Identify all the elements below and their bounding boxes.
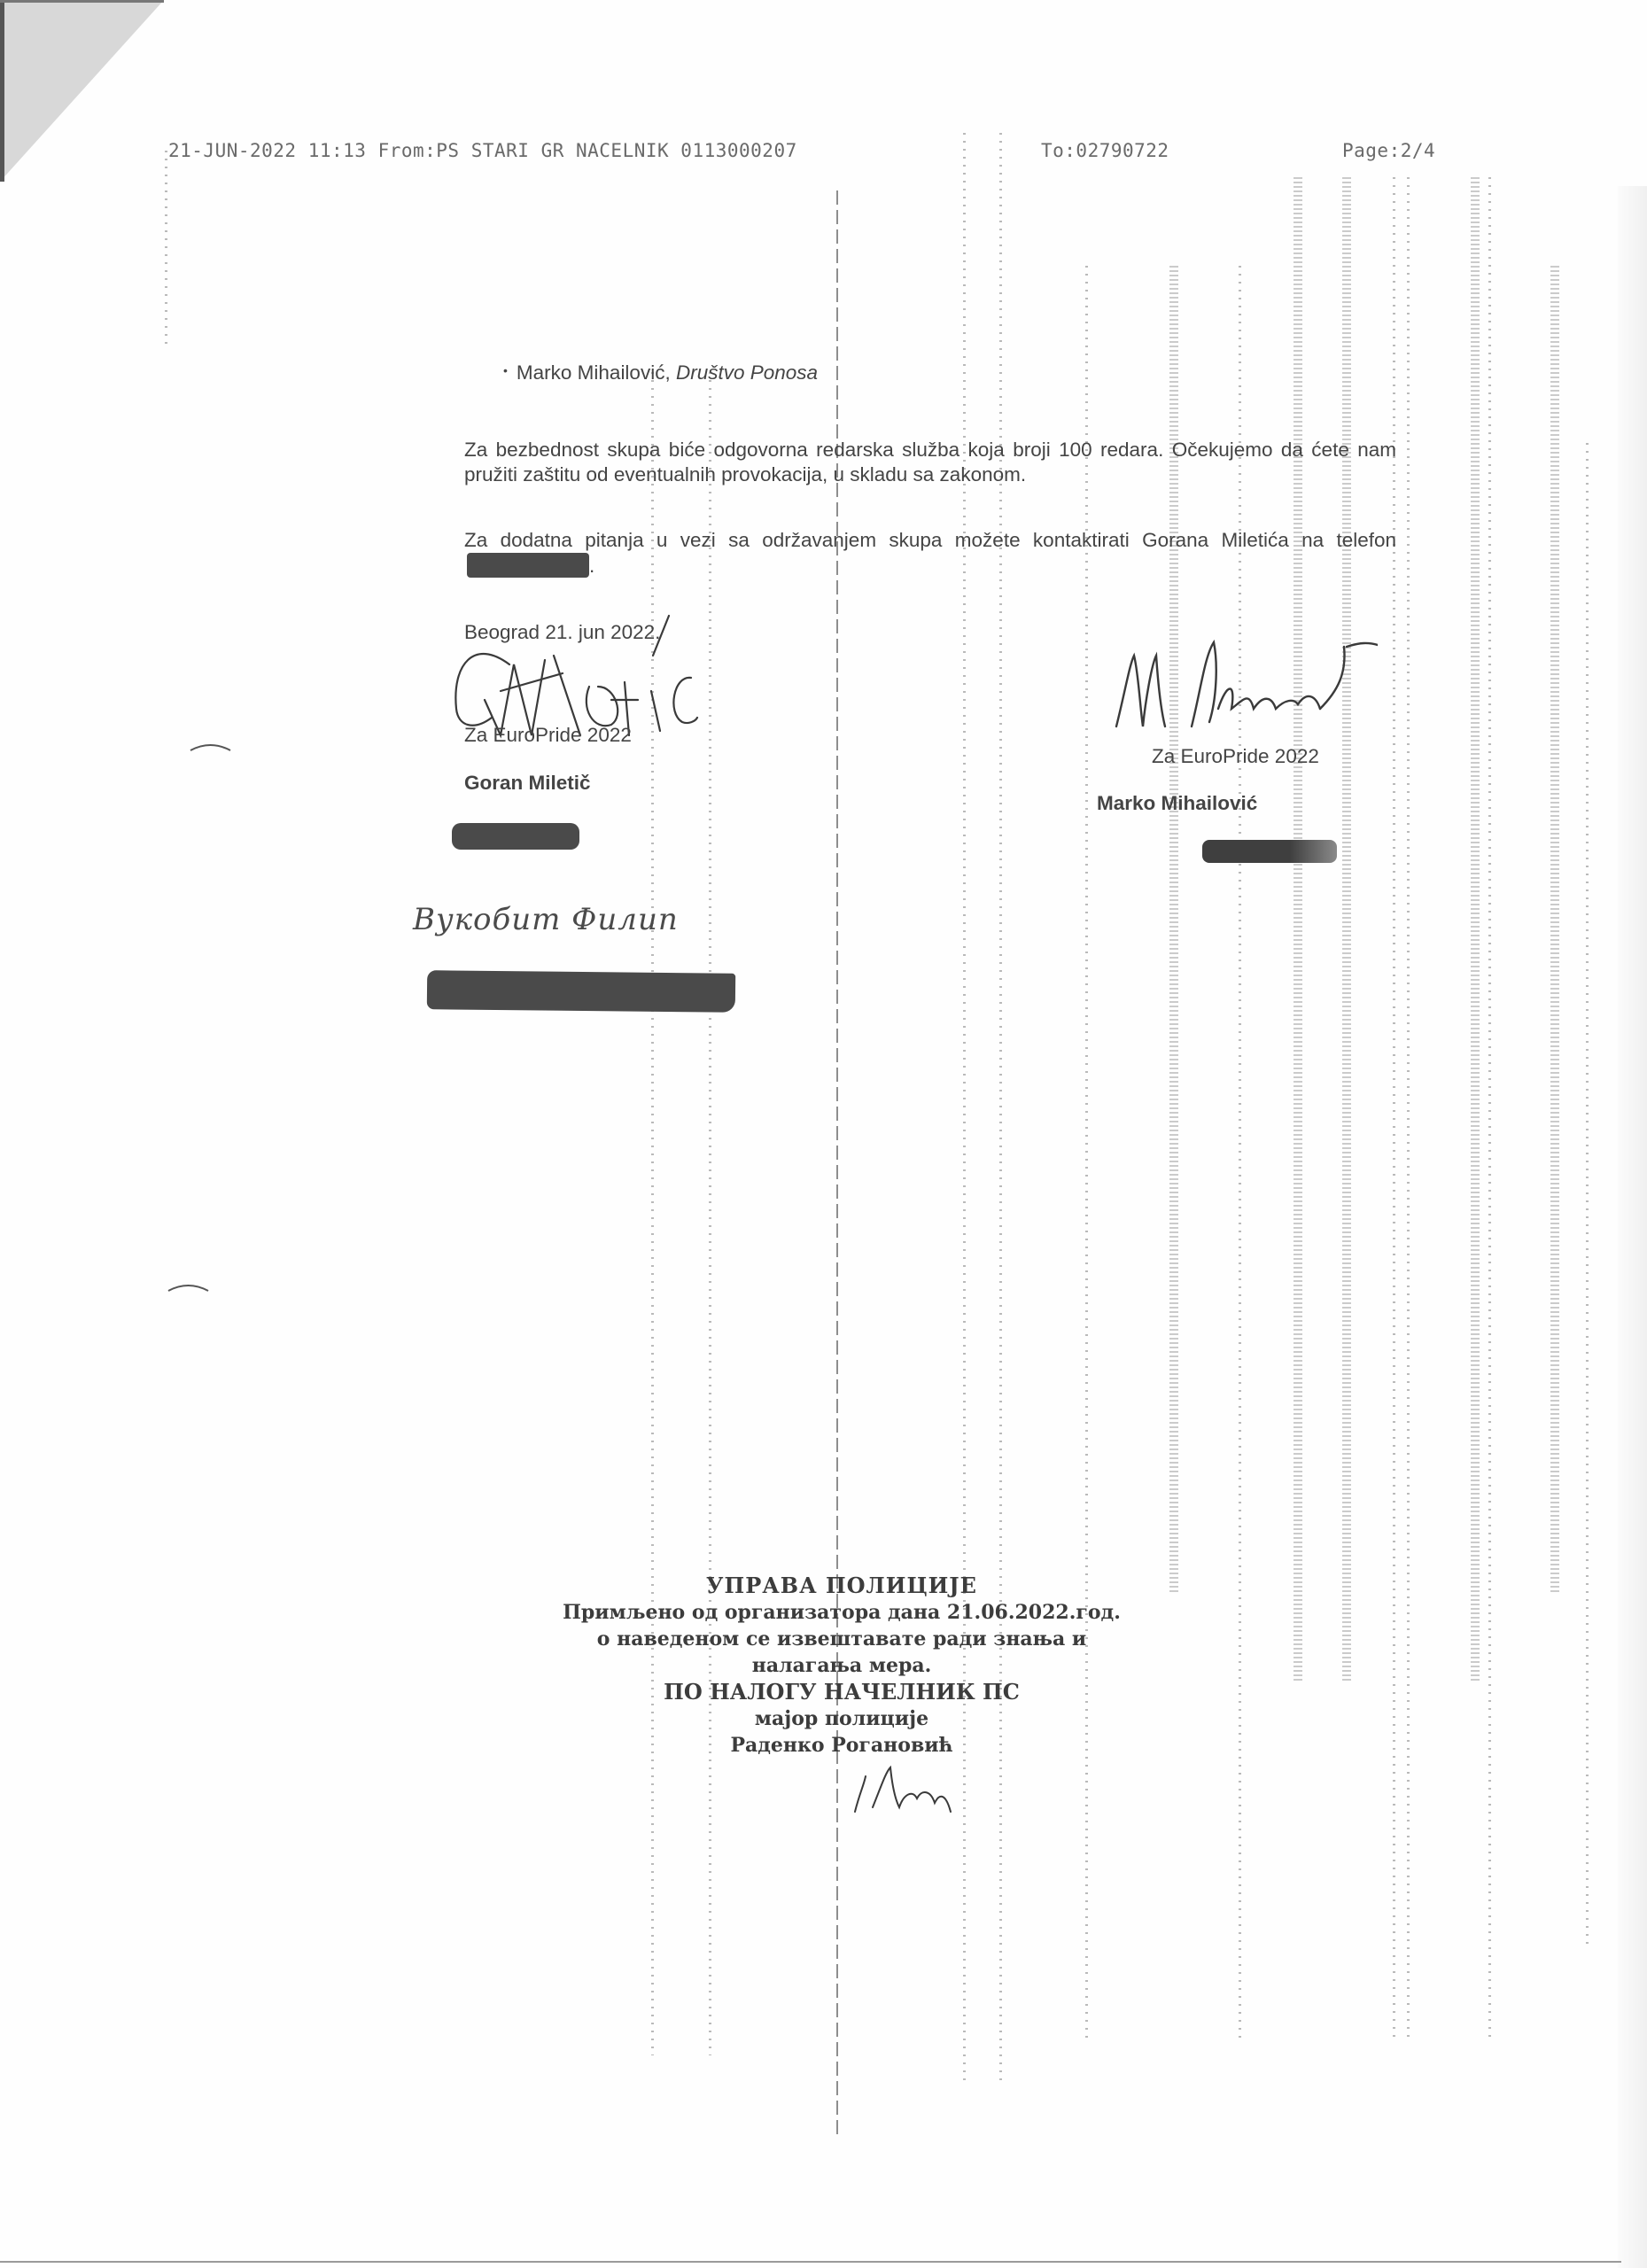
left-signatory-name: Goran Miletič — [464, 771, 591, 796]
signature-marko-mihailovic — [1103, 620, 1378, 744]
organizer-name: Marko Mihailović, — [517, 361, 671, 384]
organizer-organization: Društvo Ponosa — [676, 361, 818, 384]
folded-corner — [0, 0, 164, 182]
scan-edge-bottom — [0, 2261, 1621, 2263]
stamp-rank: мајор полиције — [532, 1705, 1152, 1732]
fax-page-number: Page:2/4 — [1342, 140, 1435, 161]
fax-transmission-header: 21-JUN-2022 11:13 From:PS STARI GR NACEL… — [168, 140, 1647, 167]
stamp-measures-line: налагања мера. — [532, 1652, 1152, 1679]
contact-paragraph: Za dodatna pitanja u vezi sa održavanjem… — [464, 528, 1396, 579]
stamp-order-line: ПО НАЛОГУ НАЧЕЛНИК ПС — [532, 1679, 1152, 1705]
stamp-title: УПРАВА ПОЛИЦИЈЕ — [532, 1573, 1152, 1599]
organizer-list-item: •Marko Mihailović, Društvo Ponosa — [503, 358, 818, 385]
fax-recipient-number: To:02790722 — [1041, 140, 1169, 161]
scanned-fax-page: 21-JUN-2022 11:13 From:PS STARI GR NACEL… — [0, 0, 1647, 2268]
scan-mark — [186, 740, 239, 757]
stamp-received-line: Примљено од организатора дана 21.06.2022… — [532, 1599, 1152, 1626]
right-signatory-name: Marko Mihailović — [1097, 791, 1257, 816]
stamp-officer-name: Раденко Рогановић — [532, 1732, 1152, 1759]
contact-text-end: . — [589, 555, 594, 577]
scan-edge-right — [1618, 186, 1647, 2268]
fax-sender-info: 21-JUN-2022 11:13 From:PS STARI GR NACEL… — [168, 140, 797, 161]
contact-text: Za dodatna pitanja u vezi sa održavanjem… — [464, 529, 1396, 551]
scan-edge-top — [0, 0, 164, 3]
police-receipt-stamp: УПРАВА ПОЛИЦИЈЕ Примљено од организатора… — [532, 1573, 1152, 1759]
stamp-signature — [846, 1759, 961, 1821]
bullet-marker: • — [503, 363, 508, 377]
right-signatory-organization: Za EuroPride 2022 — [1152, 744, 1319, 769]
fax-noise — [0, 0, 1647, 2268]
redacted-phone-number — [467, 553, 589, 578]
redacted-receiver-details — [427, 970, 735, 1013]
scan-edge — [0, 0, 4, 182]
handwritten-receiver-name: Вукобит Филип — [413, 907, 679, 932]
scan-mark — [164, 1280, 217, 1298]
redacted-right-contact — [1202, 840, 1337, 863]
security-paragraph: Za bezbednost skupa biće odgovorna redar… — [464, 438, 1396, 487]
stamp-notice-line: о наведеном се извештавате ради знања и — [532, 1626, 1152, 1652]
left-signatory-organization: Za EuroPride 2022 — [464, 723, 632, 748]
redacted-left-contact — [452, 823, 579, 850]
